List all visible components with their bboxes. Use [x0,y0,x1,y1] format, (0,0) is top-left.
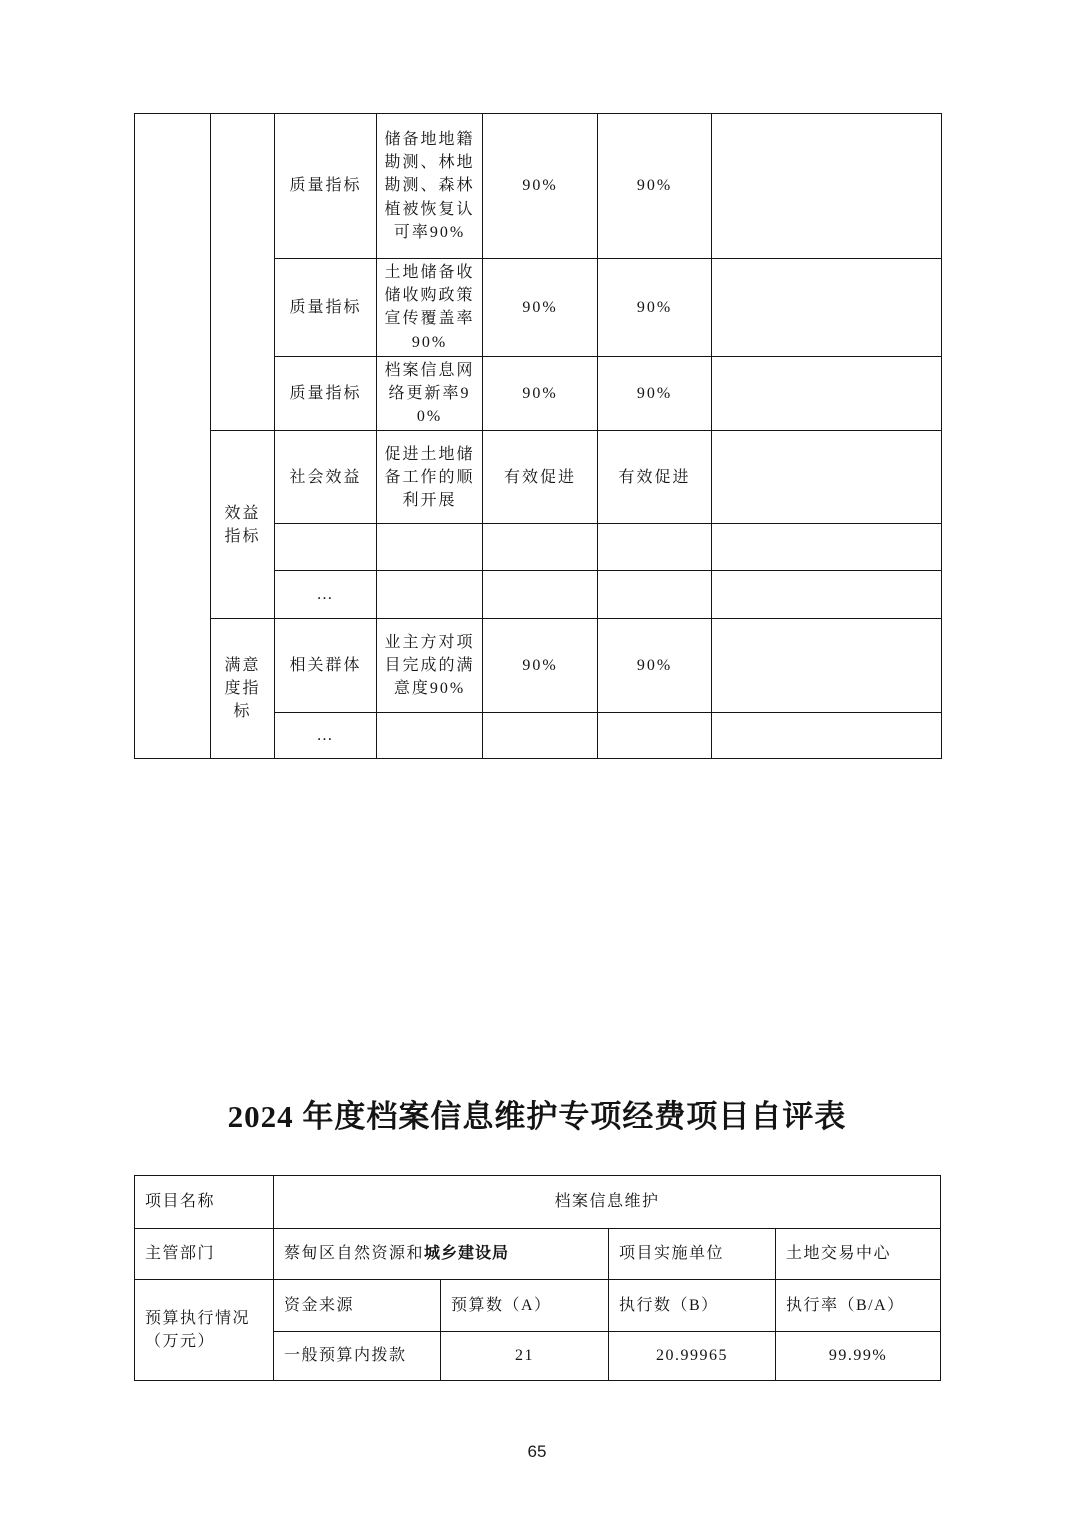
group-span-cell [211,114,275,431]
executed-header: 执行数（B） [609,1280,776,1332]
actual-value-cell [598,524,712,571]
category-cell: 质量指标 [275,356,377,431]
document-page: 质量指标 储备地地籍勘测、林地勘测、森林植被恢复认可率90% 90% 90% 质… [0,0,1074,1520]
funding-source-value: 一般预算内拨款 [274,1332,441,1381]
indicator-cell [377,571,483,619]
rate-value: 99.99% [776,1332,941,1381]
target-value-cell [483,713,598,759]
group-label-satisfaction: 满意度指标 [211,619,275,759]
actual-value-cell: 90% [598,259,712,357]
indicator-cell: 业主方对项目完成的满意度90% [377,619,483,713]
indicator-cell [377,713,483,759]
rate-header: 执行率（B/A） [776,1280,941,1332]
category-cell [275,524,377,571]
note-cell [712,356,942,431]
actual-value-cell: 有效促进 [598,431,712,524]
note-cell [712,431,942,524]
self-eval-table: 项目名称 档案信息维护 主管部门 蔡甸区自然资源和城乡建设局 项目实施单位 土地… [134,1175,941,1381]
executed-value: 20.99965 [609,1332,776,1381]
actual-value-cell: 90% [598,619,712,713]
actual-value-cell [598,571,712,619]
budget-section-label: 预算执行情况（万元） [135,1280,274,1381]
table-row: 质量指标 储备地地籍勘测、林地勘测、森林植被恢复认可率90% 90% 90% [135,114,942,259]
category-cell: 社会效益 [275,431,377,524]
note-cell [712,713,942,759]
budget-header: 预算数（A） [441,1280,609,1332]
target-value-cell: 90% [483,619,598,713]
dept-label: 主管部门 [135,1229,274,1280]
target-value-cell: 90% [483,259,598,357]
table-row: 主管部门 蔡甸区自然资源和城乡建设局 项目实施单位 土地交易中心 [135,1229,941,1280]
budget-value: 21 [441,1332,609,1381]
category-cell: … [275,713,377,759]
category-cell: 相关群体 [275,619,377,713]
category-cell: 质量指标 [275,259,377,357]
note-cell [712,259,942,357]
impl-unit-value: 土地交易中心 [776,1229,941,1280]
target-value-cell: 90% [483,356,598,431]
project-name-label: 项目名称 [135,1176,274,1229]
dept-value-hei-part: 城乡建设局 [424,1245,509,1262]
page-number: 65 [0,1442,1074,1462]
indicator-cell: 档案信息网络更新率90% [377,356,483,431]
note-cell [712,114,942,259]
target-value-cell [483,524,598,571]
category-cell: 质量指标 [275,114,377,259]
dept-value-serif-part: 蔡甸区自然资源和 [284,1245,424,1262]
note-cell [712,524,942,571]
group-label-benefit: 效益指标 [211,431,275,619]
target-value-cell: 有效促进 [483,431,598,524]
outer-span-cell [135,114,211,759]
dept-value: 蔡甸区自然资源和城乡建设局 [274,1229,609,1280]
funding-source-header: 资金来源 [274,1280,441,1332]
performance-indicator-table: 质量指标 储备地地籍勘测、林地勘测、森林植被恢复认可率90% 90% 90% 质… [134,113,942,759]
table-row: 项目名称 档案信息维护 [135,1176,941,1229]
impl-unit-label: 项目实施单位 [609,1229,776,1280]
indicator-cell: 土地储备收储收购政策宣传覆盖率90% [377,259,483,357]
target-value-cell: 90% [483,114,598,259]
actual-value-cell: 90% [598,356,712,431]
page-title: 2024 年度档案信息维护专项经费项目自评表 [0,1094,1074,1140]
actual-value-cell [598,713,712,759]
actual-value-cell: 90% [598,114,712,259]
indicator-cell: 储备地地籍勘测、林地勘测、森林植被恢复认可率90% [377,114,483,259]
table-row: 预算执行情况（万元） 资金来源 预算数（A） 执行数（B） 执行率（B/A） [135,1280,941,1332]
project-name-value: 档案信息维护 [274,1176,941,1229]
table-row: 效益指标 社会效益 促进土地储备工作的顺利开展 有效促进 有效促进 [135,431,942,524]
note-cell [712,571,942,619]
indicator-cell [377,524,483,571]
category-cell: … [275,571,377,619]
note-cell [712,619,942,713]
table-row: 满意度指标 相关群体 业主方对项目完成的满意度90% 90% 90% [135,619,942,713]
indicator-cell: 促进土地储备工作的顺利开展 [377,431,483,524]
target-value-cell [483,571,598,619]
